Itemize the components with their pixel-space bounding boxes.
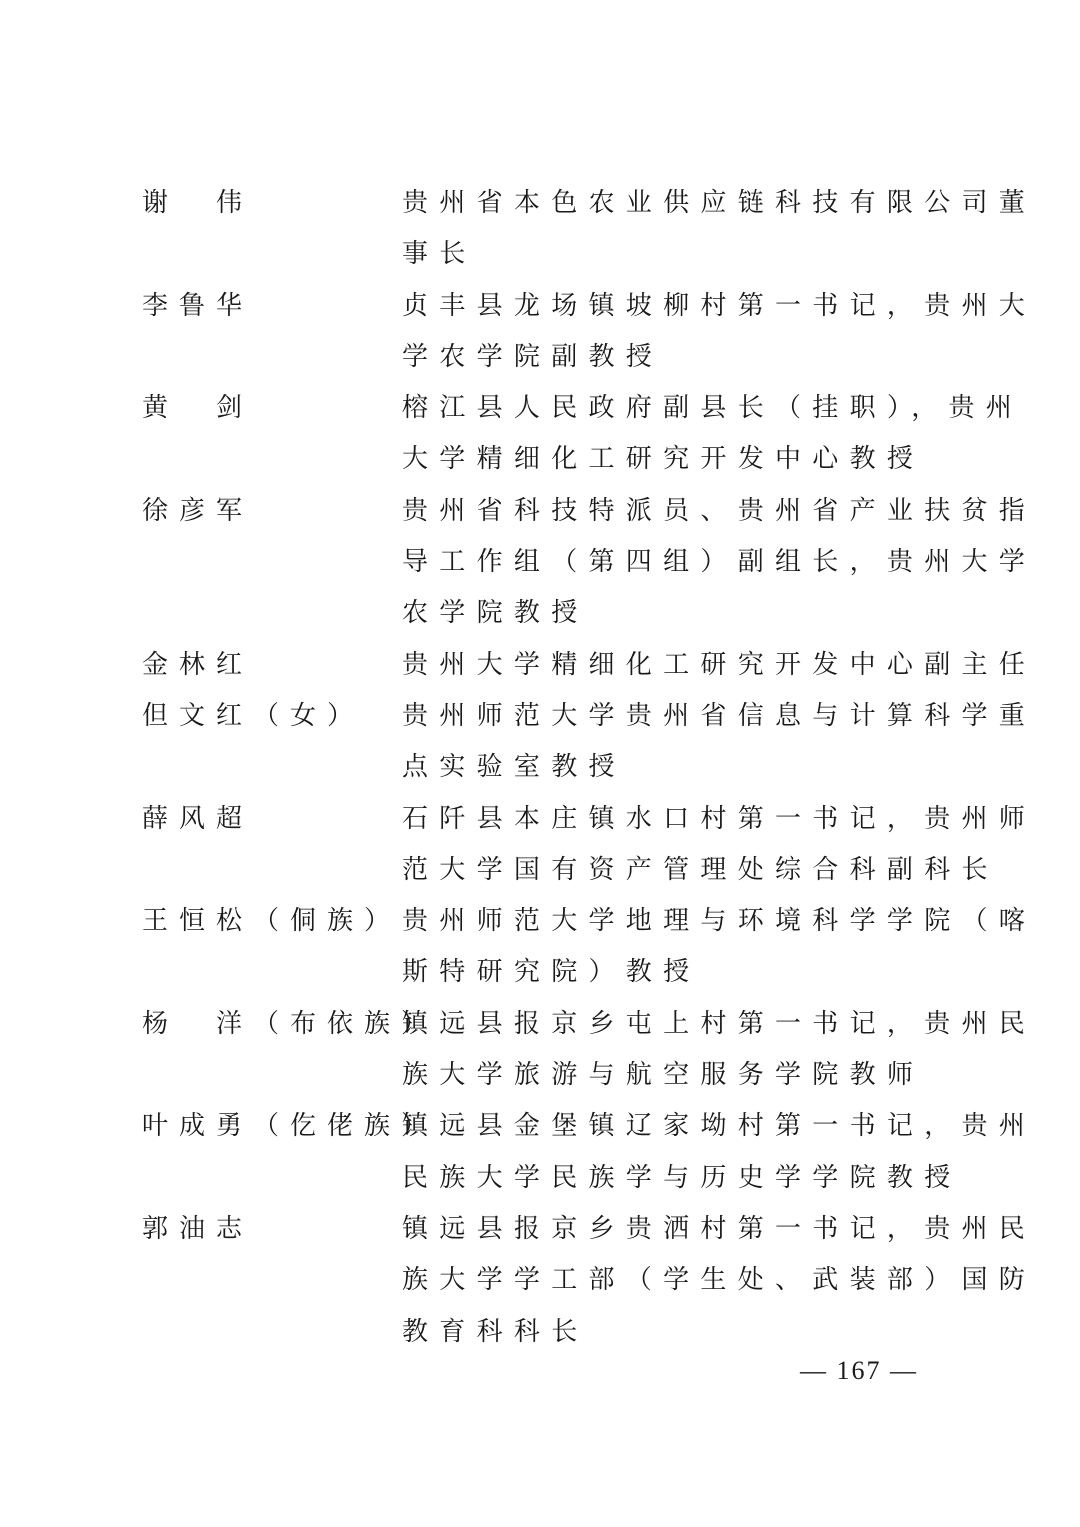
document-page: 谢 伟 贵州省本色农业供应链科技有限公司董 事长 李鲁华 贞丰县龙场镇坡柳村第一… xyxy=(0,0,1080,1527)
list-item: 但文红（女） 贵州师范大学贵州省信息与计算科学重 点实验室教授 xyxy=(142,691,942,794)
person-position: 榕江县人民政府副县长（挂职），贵州 大学精细化工研究开发中心教授 xyxy=(402,383,1023,486)
person-name: 王恒松（侗族） xyxy=(142,896,402,947)
position-line: 学农学院副教授 xyxy=(402,332,1036,383)
list-item: 黄 剑 榕江县人民政府副县长（挂职），贵州 大学精细化工研究开发中心教授 xyxy=(142,383,942,486)
position-line: 贵州大学精细化工研究开发中心副主任 xyxy=(402,640,1036,691)
person-name: 李鲁华 xyxy=(142,281,402,332)
position-line: 贞丰县龙场镇坡柳村第一书记，贵州大 xyxy=(402,281,1036,332)
person-name: 谢 伟 xyxy=(142,178,402,229)
person-name: 但文红（女） xyxy=(142,691,402,742)
person-name: 郭油志 xyxy=(142,1204,402,1255)
position-line: 榕江县人民政府副县长（挂职），贵州 xyxy=(402,383,1023,434)
list-item: 谢 伟 贵州省本色农业供应链科技有限公司董 事长 xyxy=(142,178,942,281)
list-item: 金林红 贵州大学精细化工研究开发中心副主任 xyxy=(142,640,942,691)
list-item: 叶成勇（仡佬族） 镇远县金堡镇辽家坳村第一书记，贵州 民族大学民族学与历史学学院… xyxy=(142,1101,942,1204)
person-name: 黄 剑 xyxy=(142,383,402,434)
position-line: 石阡县本庄镇水口村第一书记，贵州师 xyxy=(402,794,1036,845)
person-position: 镇远县报京乡贵洒村第一书记，贵州民 族大学学工部（学生处、武装部）国防 教育科科… xyxy=(402,1204,1036,1358)
position-line: 范大学国有资产管理处综合科副科长 xyxy=(402,845,1036,896)
person-position: 贵州师范大学贵州省信息与计算科学重 点实验室教授 xyxy=(402,691,1036,794)
person-position: 贞丰县龙场镇坡柳村第一书记，贵州大 学农学院副教授 xyxy=(402,281,1036,384)
position-line: 贵州省科技特派员、贵州省产业扶贫指 xyxy=(402,486,1036,537)
list-item: 王恒松（侗族） 贵州师范大学地理与环境科学学院（喀 斯特研究院）教授 xyxy=(142,896,942,999)
position-line: 事长 xyxy=(402,229,1036,280)
person-name: 杨 洋（布依族） xyxy=(142,999,402,1050)
position-line: 族大学旅游与航空服务学院教师 xyxy=(402,1050,1036,1101)
person-position: 镇远县金堡镇辽家坳村第一书记，贵州 民族大学民族学与历史学学院教授 xyxy=(402,1101,1036,1204)
list-item: 李鲁华 贞丰县龙场镇坡柳村第一书记，贵州大 学农学院副教授 xyxy=(142,281,942,384)
list-item: 徐彦军 贵州省科技特派员、贵州省产业扶贫指 导工作组（第四组）副组长，贵州大学 … xyxy=(142,486,942,640)
position-line: 教育科科长 xyxy=(402,1307,1036,1358)
person-name: 叶成勇（仡佬族） xyxy=(142,1101,402,1152)
person-position: 石阡县本庄镇水口村第一书记，贵州师 范大学国有资产管理处综合科副科长 xyxy=(402,794,1036,897)
position-line: 贵州师范大学地理与环境科学学院（喀 xyxy=(402,896,1036,947)
page-number: — 167 — xyxy=(800,1356,918,1386)
position-line: 民族大学民族学与历史学学院教授 xyxy=(402,1153,1036,1204)
person-position: 贵州省本色农业供应链科技有限公司董 事长 xyxy=(402,178,1036,281)
person-position: 贵州师范大学地理与环境科学学院（喀 斯特研究院）教授 xyxy=(402,896,1036,999)
position-line: 导工作组（第四组）副组长，贵州大学 xyxy=(402,537,1036,588)
position-line: 贵州师范大学贵州省信息与计算科学重 xyxy=(402,691,1036,742)
position-line: 斯特研究院）教授 xyxy=(402,947,1036,998)
position-line: 镇远县报京乡屯上村第一书记，贵州民 xyxy=(402,999,1036,1050)
position-line: 镇远县报京乡贵洒村第一书记，贵州民 xyxy=(402,1204,1036,1255)
person-position: 贵州省科技特派员、贵州省产业扶贫指 导工作组（第四组）副组长，贵州大学 农学院教… xyxy=(402,486,1036,640)
list-item: 郭油志 镇远县报京乡贵洒村第一书记，贵州民 族大学学工部（学生处、武装部）国防 … xyxy=(142,1204,942,1358)
person-name: 金林红 xyxy=(142,640,402,691)
person-position: 镇远县报京乡屯上村第一书记，贵州民 族大学旅游与航空服务学院教师 xyxy=(402,999,1036,1102)
personnel-list: 谢 伟 贵州省本色农业供应链科技有限公司董 事长 李鲁华 贞丰县龙场镇坡柳村第一… xyxy=(142,178,942,1358)
position-line: 点实验室教授 xyxy=(402,742,1036,793)
person-position: 贵州大学精细化工研究开发中心副主任 xyxy=(402,640,1036,691)
person-name: 徐彦军 xyxy=(142,486,402,537)
list-item: 薛风超 石阡县本庄镇水口村第一书记，贵州师 范大学国有资产管理处综合科副科长 xyxy=(142,794,942,897)
list-item: 杨 洋（布依族） 镇远县报京乡屯上村第一书记，贵州民 族大学旅游与航空服务学院教… xyxy=(142,999,942,1102)
position-line: 族大学学工部（学生处、武装部）国防 xyxy=(402,1255,1036,1306)
position-line: 镇远县金堡镇辽家坳村第一书记，贵州 xyxy=(402,1101,1036,1152)
position-line: 农学院教授 xyxy=(402,588,1036,639)
person-name: 薛风超 xyxy=(142,794,402,845)
position-line: 大学精细化工研究开发中心教授 xyxy=(402,434,1023,485)
position-line: 贵州省本色农业供应链科技有限公司董 xyxy=(402,178,1036,229)
